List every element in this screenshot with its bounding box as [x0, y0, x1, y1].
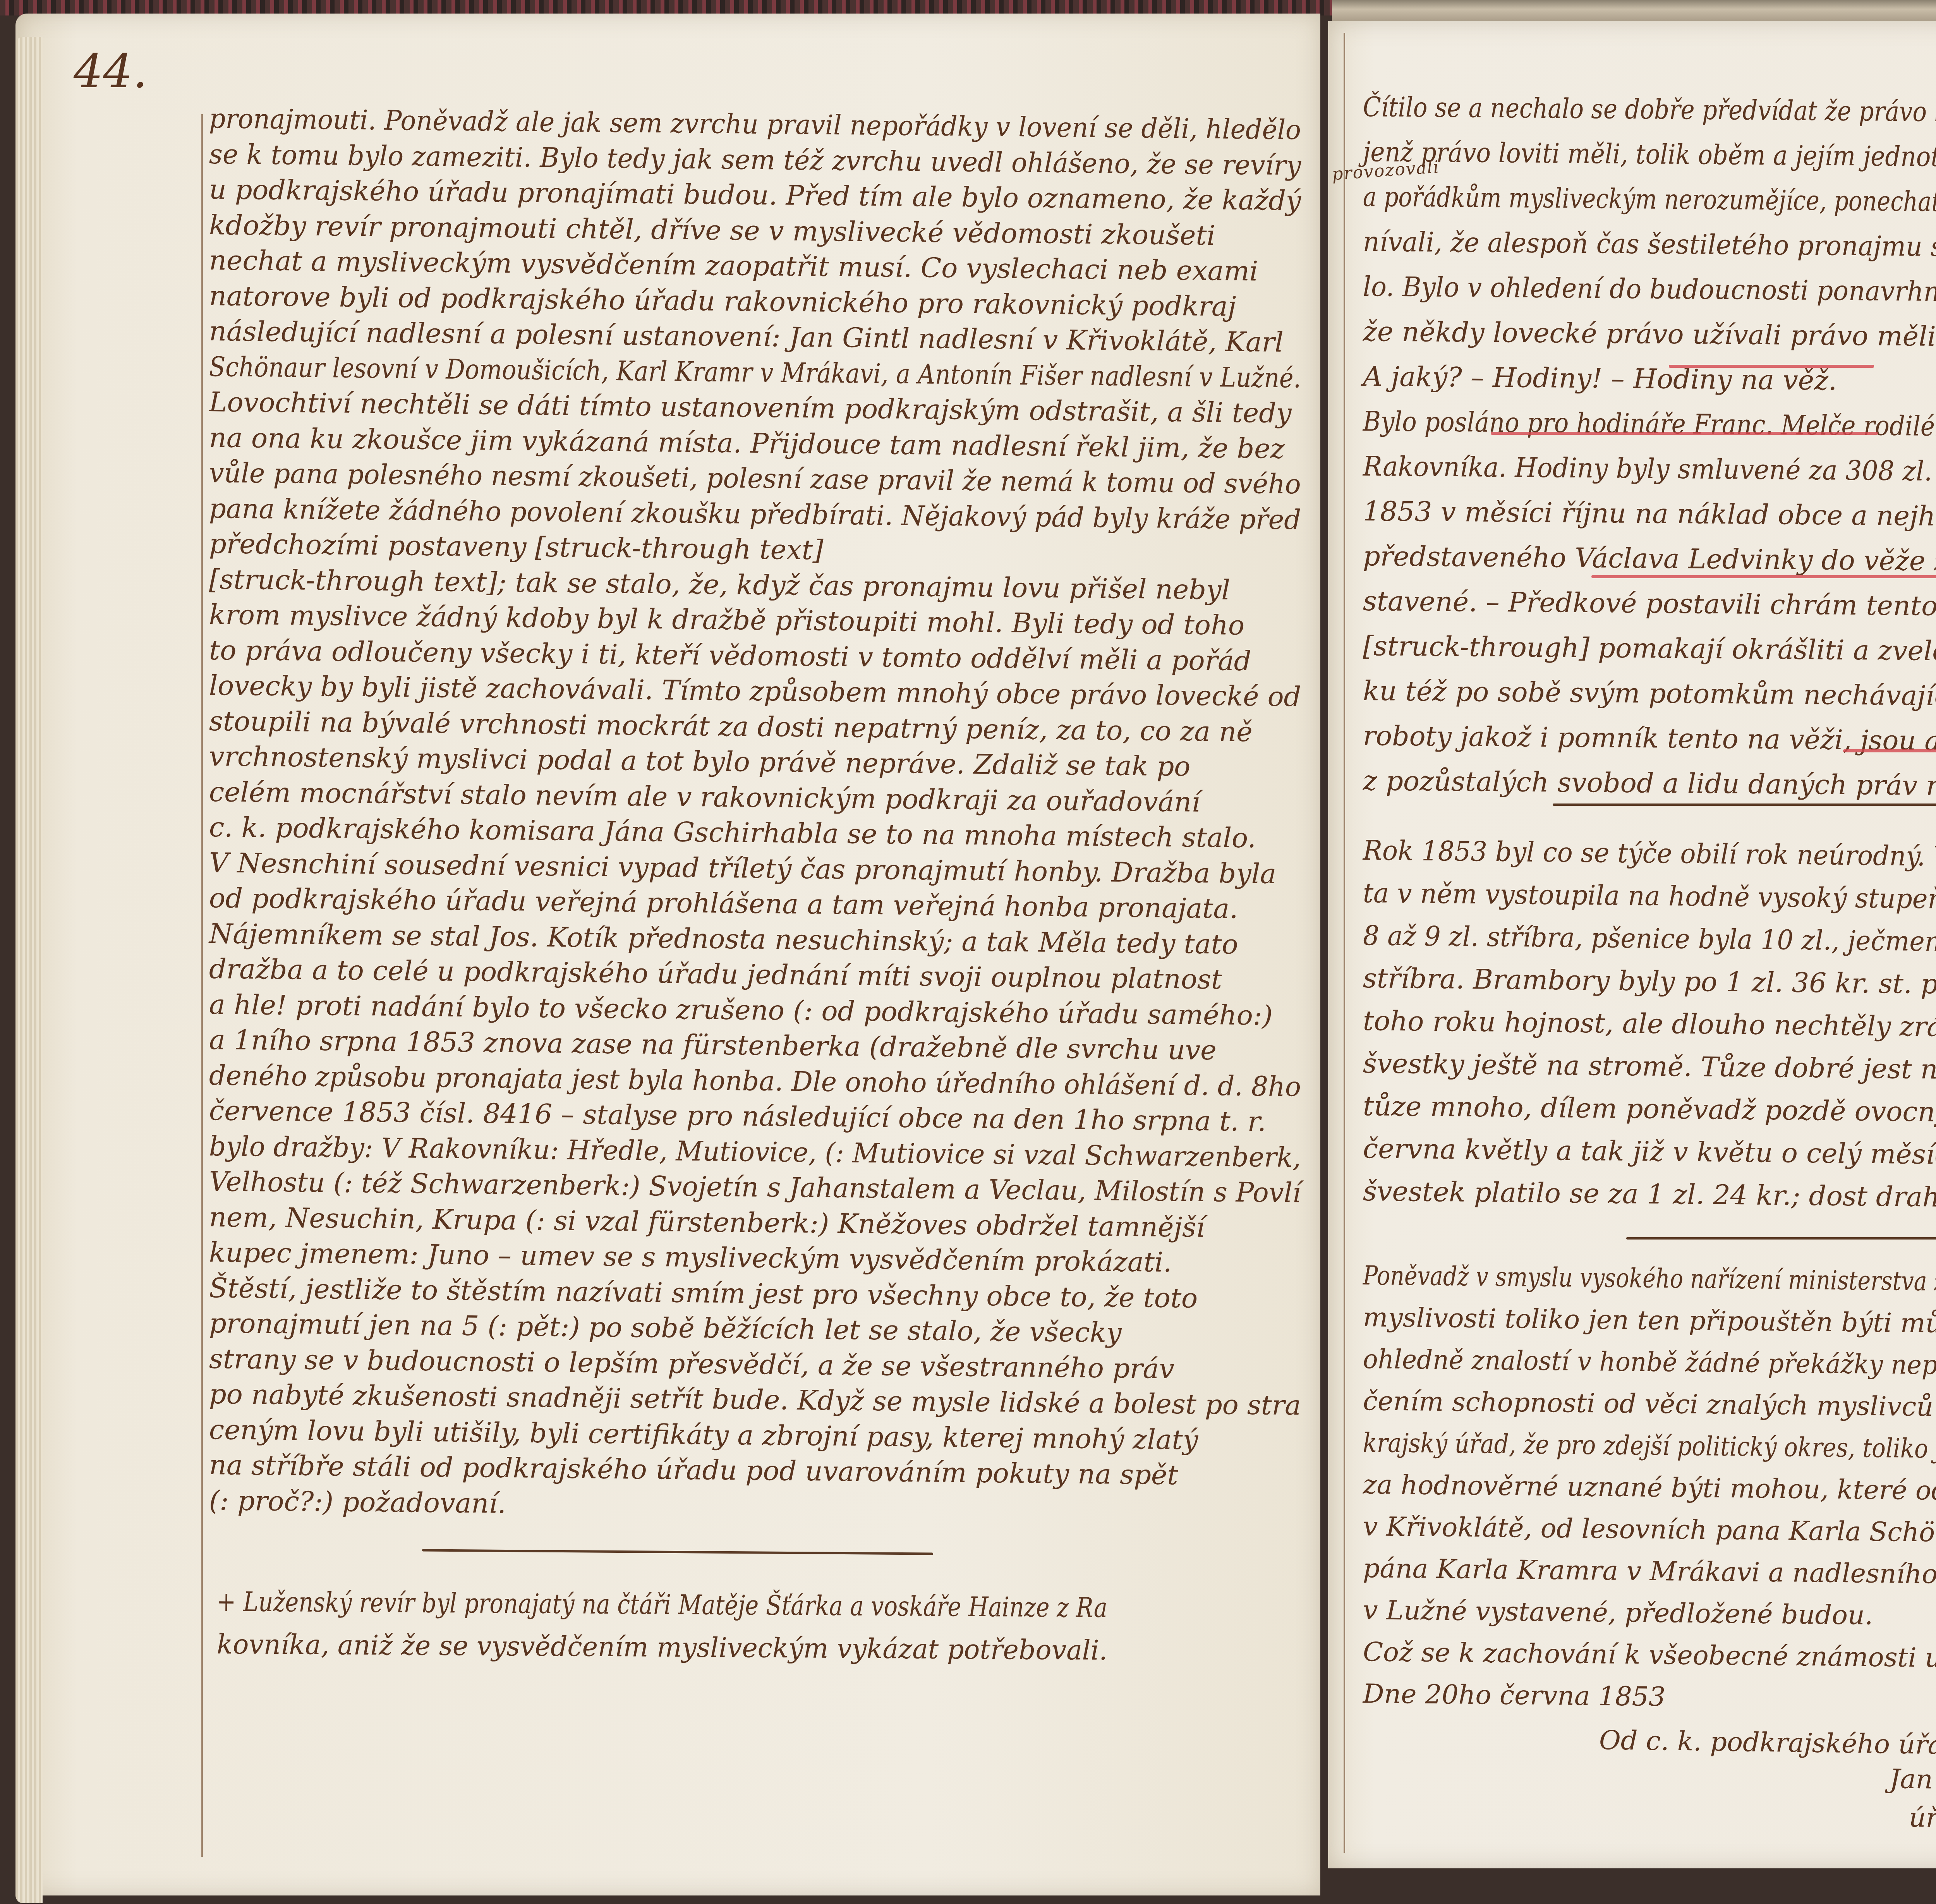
text-line: a 1ního srpna 1853 znova zase na fürsten… — [209, 1024, 1217, 1066]
text-line: Poněvadž v smyslu vysokého nařízení mini… — [1363, 1260, 1936, 1301]
text-line: kupec jmenem: Juno – umev se s mysliveck… — [209, 1236, 1172, 1278]
book-binding-top — [0, 0, 1340, 15]
margin-rule-left — [1344, 33, 1345, 1853]
text-line: stříbra. Brambory byly po 1 zl. 36 kr. s… — [1363, 962, 1936, 1004]
signature-line: Od c. k. podkrajského úřadu v Rakovníce — [1599, 1725, 1936, 1763]
text-line: června květly a tak již v květu o celý m… — [1363, 1133, 1936, 1173]
text-line: z pozůstalých svobod a lidu daných práv … — [1363, 765, 1936, 803]
text-line: Čítilo se a nechalo se dobře předvídat ž… — [1363, 91, 1936, 132]
red-underline-1848 — [1843, 749, 1936, 752]
text-line: ohledně znalostí v honbě žádné překážky … — [1363, 1344, 1936, 1385]
text-line: po nabyté zkušenosti snadněji setřít bud… — [209, 1378, 1301, 1422]
text-line: lovecky by byli jistě zachovávali. Tímto… — [209, 670, 1301, 713]
text-line: švestky ještě na stromě. Tůze dobré jest… — [1363, 1047, 1936, 1090]
text-line: deného způsobu pronajata jest byla honba… — [209, 1059, 1301, 1103]
signature-line: úřadující c. k. podkrajský komisař. — [1909, 1803, 1936, 1840]
text-line: a pořádkům mysliveckým nerozumějíce, pon… — [1363, 181, 1936, 221]
text-line: tůze mnoho, dílem poněvadž pozdě ovocný … — [1363, 1090, 1936, 1132]
section-divider-2 — [1626, 1237, 1936, 1240]
text-line: natorove byli od podkrajského úřadu rako… — [209, 280, 1236, 323]
text-line: + Luženský revír byl pronajatý na čtáři … — [217, 1586, 1108, 1624]
text-line: na stříbře stáli od podkrajského úřadu p… — [209, 1449, 1179, 1491]
text-line: celém mocnářství stalo nevím ale v rakov… — [209, 776, 1201, 818]
text-line: Rakovníka. Hodiny byly smluvené za 308 z… — [1363, 450, 1936, 491]
text-line: bylo dražby: V Rakovníku: Hředle, Mutiov… — [209, 1130, 1301, 1174]
text-line: [struck-through] pomakají okrášliti a zv… — [1363, 630, 1936, 670]
margin-rule — [201, 114, 203, 1857]
text-line: v Křivoklátě, od lesovních pana Karla Sc… — [1363, 1511, 1936, 1551]
text-line: od podkrajského úřadu veřejná prohlášena… — [209, 882, 1238, 925]
text-line: švestek platilo se za 1 zl. 24 kr.; dost… — [1363, 1175, 1936, 1213]
text-line: stavené. – Předkové postavili chrám tent… — [1363, 585, 1936, 625]
text-line: krajský úřad, že pro zdejší politický ok… — [1363, 1428, 1936, 1469]
text-line: představeného Václava Ledvinky do věže z… — [1363, 540, 1936, 580]
text-line: následující nadlesní a polesní ustanoven… — [209, 315, 1284, 358]
text-line: července 1853 čísl. 8416 – stalyse pro n… — [209, 1095, 1267, 1138]
text-line: Rok 1853 byl co se týče obilí rok neúrod… — [1363, 834, 1936, 877]
text-line: 1853 v měsíci říjnu na náklad obce a nej… — [1363, 495, 1936, 536]
page-stack-edge — [15, 37, 43, 1903]
text-line: Což se k zachování k všeobecné známosti … — [1363, 1637, 1936, 1674]
text-line: pána Karla Kramra v Mrákavi a nadlesního… — [1363, 1553, 1936, 1593]
text-line: ku též po sobě svým potomkům nechávajíce… — [1363, 675, 1936, 715]
manuscript-spread: 44. pronajmouti. Poněvadž ale jak sem zv… — [0, 0, 1936, 1904]
text-line: pana knížete žádného povolení zkoušku př… — [209, 493, 1301, 536]
text-line: jenž právo loviti měli, tolik oběm a jej… — [1363, 136, 1936, 177]
section-divider-1 — [1553, 803, 1936, 806]
text-line: Štěstí, jestliže to štěstím nazívati smí… — [209, 1272, 1198, 1314]
text-line: vůle pana polesného nesmí zkoušeti, pole… — [209, 457, 1301, 500]
red-underline-hodinar — [1491, 432, 1878, 435]
text-line: vrchnostenský myslivci podal a tot bylo … — [209, 740, 1191, 783]
text-line: za hodnověrné uznané býti mohou, které o… — [1363, 1470, 1936, 1511]
text-line: u podkrajského úřadu pronajímati budou. … — [209, 173, 1301, 217]
text-line: Dne 20ho června 1853 — [1363, 1679, 1666, 1712]
text-line: strany se v budoucnosti o lepším přesvěd… — [209, 1343, 1175, 1385]
text-line: na ona ku zkoušce jim vykázaná místa. Př… — [209, 422, 1285, 465]
text-line: stoupili na bývalé vrchnosti mockrát za … — [209, 705, 1253, 748]
text-line: lo. Bylo v ohledení do budoucnosti ponav… — [1363, 271, 1936, 311]
left-page: 44. pronajmouti. Poněvadž ale jak sem zv… — [15, 14, 1320, 1895]
red-underline-hodiny — [1669, 365, 1874, 368]
text-line: a hle! proti nadání bylo to všecko zruše… — [209, 989, 1273, 1032]
right-page: 45. provozovali Čítilo se a nechalo se d… — [1328, 21, 1936, 1868]
text-line: ceným lovu byli utišily, byli certifikát… — [209, 1414, 1198, 1456]
text-line: toho roku hojnost, ale dlouho nechtěly z… — [1363, 1005, 1936, 1046]
page-number-left: 44. — [74, 45, 148, 98]
text-line: nechat a mysliveckým vysvědčením zaopatř… — [209, 244, 1258, 287]
red-underline-ledvinka — [1591, 575, 1936, 578]
text-line: Bylo posláno pro hodináře Franc. Melče r… — [1363, 405, 1936, 446]
text-line: c. k. podkrajského komisara Jána Gschirh… — [209, 811, 1256, 854]
text-line: se k tomu bylo zameziti. Bylo tedy jak s… — [209, 138, 1301, 182]
text-line: v Lužné vystavené, předložené budou. — [1363, 1595, 1873, 1631]
text-line: to práva odloučeny všecky i ti, kteří vě… — [209, 634, 1252, 677]
text-line: Nájemníkem se stal Jos. Kotík přednosta … — [209, 918, 1239, 960]
section-divider — [422, 1549, 933, 1555]
text-line: Lovochtiví nechtěli se dáti tímto ustano… — [209, 386, 1292, 429]
text-line: pronajmouti. Poněvadž ale jak sem zvrchu… — [209, 103, 1301, 146]
text-line: (: proč?:) požadovaní. — [209, 1485, 506, 1519]
signature-name: Jan Gschirhabl — [1889, 1764, 1936, 1797]
text-line: nívali, že alespoň čas šestiletého prona… — [1363, 226, 1936, 266]
text-line: krom myslivce žádný kdoby byl k dražbě p… — [209, 599, 1245, 641]
text-line: dražba a to celé u podkrajského úřadu je… — [209, 953, 1222, 995]
text-line: že někdy lovecké právo užívali právo měl… — [1363, 316, 1936, 355]
page-edges-top — [1332, 0, 1936, 23]
text-line: roboty jakož i pomník tento na věži, jso… — [1363, 720, 1936, 761]
text-line: [struck-through text]; tak se stalo, že,… — [209, 563, 1231, 606]
text-line: myslivosti toliko jen ten připouštěn být… — [1363, 1302, 1936, 1343]
text-line: 8 až 9 zl. stříbra, pšenice byla 10 zl.,… — [1363, 920, 1936, 962]
text-line: V Nesnchiní sousední vesnici vypad tříle… — [209, 847, 1277, 890]
text-line: kdožby revír pronajmouti chtěl, dříve se… — [209, 209, 1216, 251]
text-line: kovníka, aniž že se vysvědčením myslivec… — [217, 1628, 1108, 1666]
text-line: Schönaur lesovní v Domoušicích, Karl Kra… — [209, 351, 1301, 394]
text-line: čením schopnosti od věci znalých myslivc… — [1363, 1386, 1936, 1427]
text-line: pronajmutí jen na 5 (: pět:) po sobě běž… — [209, 1307, 1122, 1349]
text-line: předchozími postaveny [struck-through te… — [209, 528, 824, 566]
text-line: Velhostu (: též Schwarzenberk:) Svojetín… — [209, 1166, 1301, 1209]
text-line: nem, Nesuchin, Krupa (: si vzal fürstenb… — [209, 1201, 1205, 1243]
text-line: ta v něm vystoupila na hodně vysoký stup… — [1363, 877, 1936, 919]
